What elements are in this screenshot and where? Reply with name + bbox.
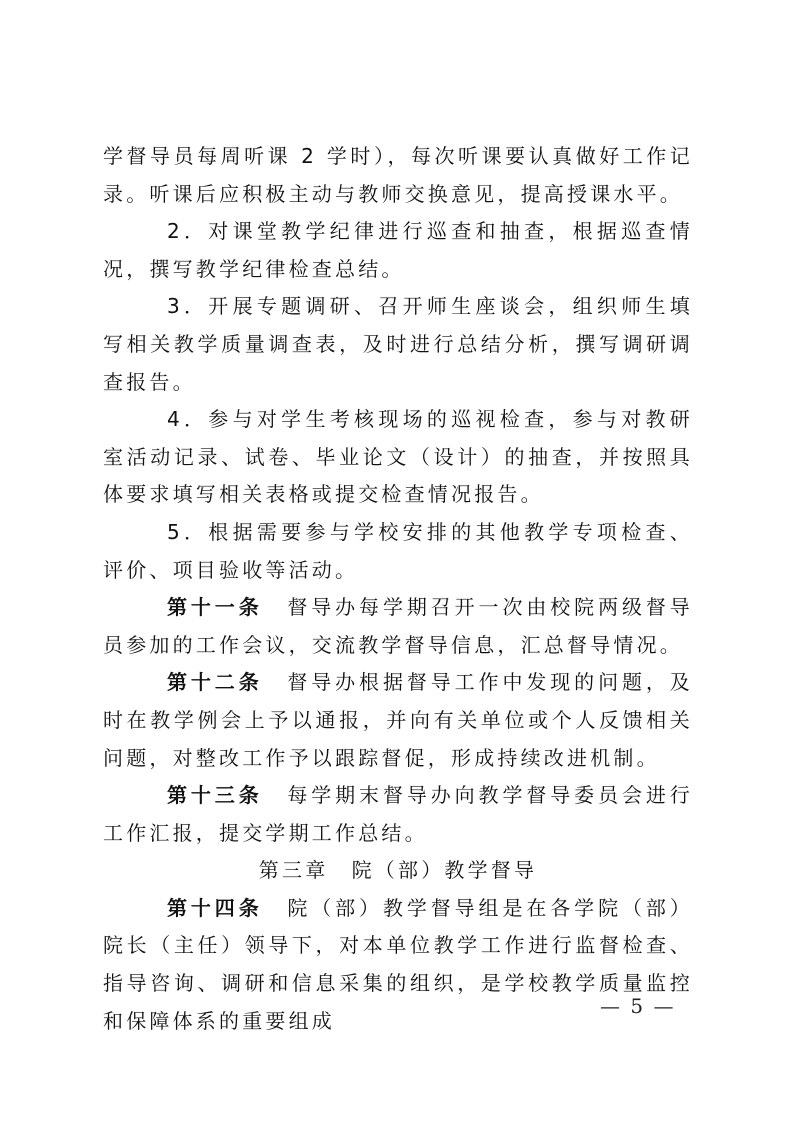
list-item-5: 5．根据需要参与学校安排的其他教学专项检查、评价、项目验收等活动。 <box>103 514 693 589</box>
article-12: 第十二条督导办根据督导工作中发现的问题，及时在教学例会上予以通报，并向有关单位或… <box>103 664 693 777</box>
article-13: 第十三条每学期末督导办向教学督导委员会进行工作汇报，提交学期工作总结。 <box>103 777 693 852</box>
article-label: 第十三条 <box>167 783 263 807</box>
paragraph-text: 2．对课堂教学纪律进行巡查和抽查，根据巡查情况，撰写教学纪律检查总结。 <box>103 219 693 281</box>
article-11: 第十一条督导办每学期召开一次由校院两级督导员参加的工作会议，交流教学督导信息，汇… <box>103 589 693 664</box>
paragraph-continuation: 学督导员每周听课 2 学时），每次听课要认真做好工作记录。听课后应积极主动与教师… <box>103 138 693 213</box>
paragraph-text: 学督导员每周听课 2 学时），每次听课要认真做好工作记录。听课后应积极主动与教师… <box>103 144 693 206</box>
list-item-2: 2．对课堂教学纪律进行巡查和抽查，根据巡查情况，撰写教学纪律检查总结。 <box>103 213 693 288</box>
article-label: 第十四条 <box>167 896 263 920</box>
article-label: 第十一条 <box>167 595 263 619</box>
document-page: 学督导员每周听课 2 学时），每次听课要认真做好工作记录。听课后应积极主动与教师… <box>0 0 793 1122</box>
document-body: 学督导员每周听课 2 学时），每次听课要认真做好工作记录。听课后应积极主动与教师… <box>103 138 693 1040</box>
list-item-4: 4．参与对学生考核现场的巡视检查，参与对教研室活动记录、试卷、毕业论文（设计）的… <box>103 401 693 514</box>
paragraph-text: 3．开展专题调研、召开师生座谈会，组织师生填写相关教学质量调查表，及时进行总结分… <box>103 294 693 393</box>
list-item-3: 3．开展专题调研、召开师生座谈会，组织师生填写相关教学质量调查表，及时进行总结分… <box>103 288 693 401</box>
paragraph-text: 4．参与对学生考核现场的巡视检查，参与对教研室活动记录、试卷、毕业论文（设计）的… <box>103 407 693 506</box>
article-label: 第十二条 <box>167 670 263 694</box>
chapter-title: 第三章 院（部）教学督导 <box>259 858 537 882</box>
page-number: — 5 — <box>600 994 720 1018</box>
chapter-heading: 第三章 院（部）教学督导 <box>103 852 693 890</box>
paragraph-text: 5．根据需要参与学校安排的其他教学专项检查、评价、项目验收等活动。 <box>103 520 693 582</box>
